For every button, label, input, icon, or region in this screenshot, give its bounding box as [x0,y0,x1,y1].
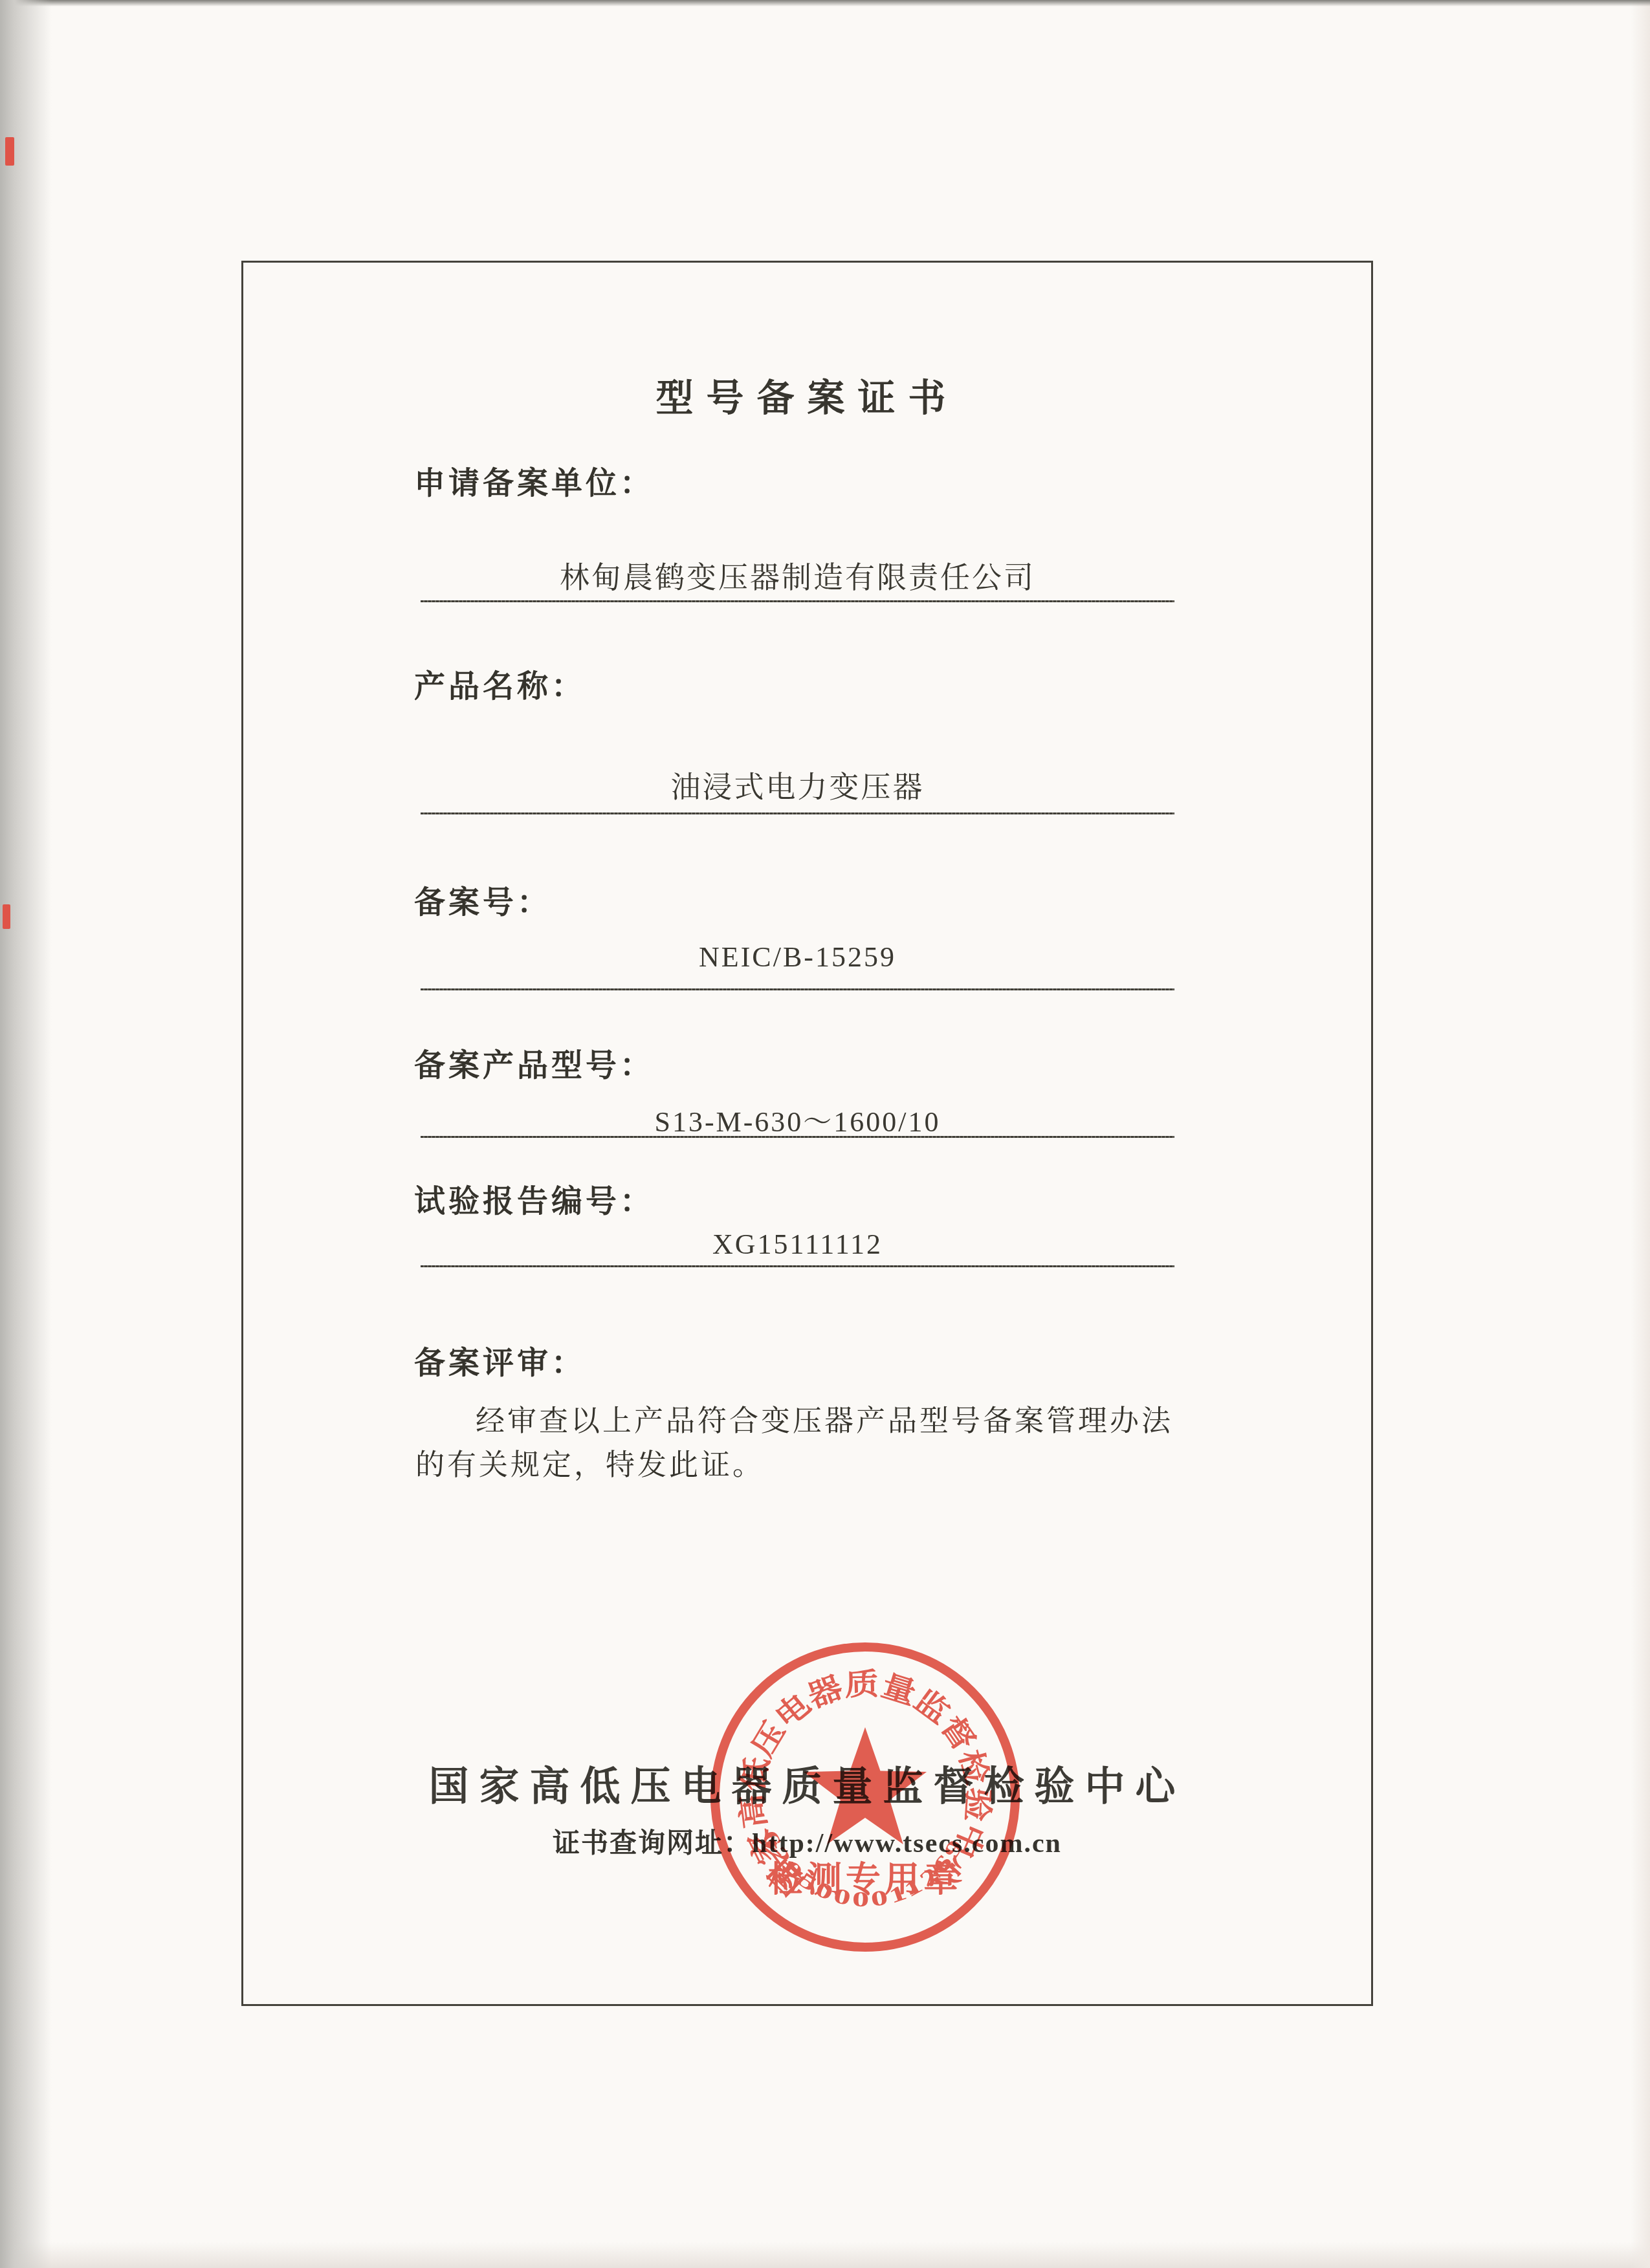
seal-star-icon [804,1727,927,1844]
product-name-underline [421,812,1174,814]
red-official-seal: 国家高低压电器质量监督检验中心 检测专用章 6205000011269 [697,1629,1033,1965]
product-name-label: 产品名称： [414,661,586,706]
product-name-value: 油浸式电力变压器 [421,763,1174,806]
applicant-unit-label: 申请备案单位： [414,458,654,503]
record-product-model-label: 备案产品型号： [414,1040,654,1085]
record-product-model-value: S13-M-630～1600/10 [421,1098,1174,1140]
record-number-value: NEIC/B-15259 [421,941,1174,974]
record-number-label: 备案号： [414,877,551,922]
test-report-number-underline [421,1265,1174,1267]
test-report-number-value: XG15111112 [421,1228,1174,1261]
scan-edge-red-mark-middle [3,904,10,929]
review-text-line2: 的有关规定，特发此证。 [415,1441,764,1483]
review-text-line1: 经审查以上产品符合变压器产品型号备案管理办法 [476,1397,1173,1439]
review-label: 备案评审： [414,1338,586,1382]
scan-edge-red-mark-top [5,137,14,166]
applicant-unit-value: 林甸晨鹤变压器制造有限责任公司 [421,554,1174,596]
test-report-number-label: 试验报告编号： [414,1176,654,1221]
scanned-page-background: 型号备案证书 申请备案单位： 林甸晨鹤变压器制造有限责任公司 产品名称： 油浸式… [0,0,1650,2268]
certificate-title: 型号备案证书 [241,367,1373,422]
applicant-unit-underline [421,600,1174,602]
record-number-underline [421,988,1174,990]
record-product-model-underline [421,1136,1174,1138]
